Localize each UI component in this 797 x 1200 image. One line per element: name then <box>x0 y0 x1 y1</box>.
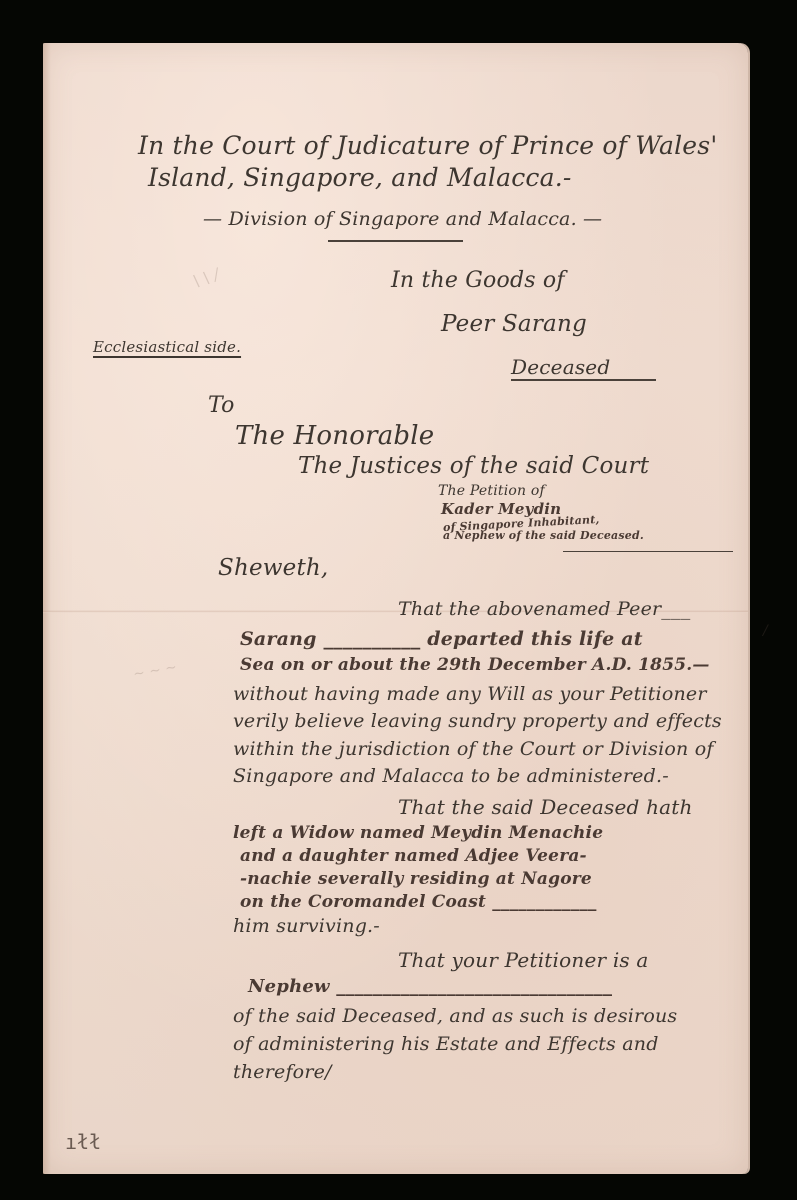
petition-of-label: The Petition of <box>438 483 545 499</box>
deceased-name: Peer Sarang <box>441 311 587 337</box>
body-line: without having made any Will as your Pet… <box>233 683 707 705</box>
body-line: therefore/ <box>233 1061 332 1083</box>
division-heading: — Division of Singapore and Malacca. — <box>203 208 602 230</box>
body-line: That the said Deceased hath <box>398 795 693 819</box>
body-line: verily believe leaving sundry property a… <box>233 710 722 732</box>
bleed-through-mark: \ \ / <box>191 264 222 290</box>
the-honorable: The Honorable <box>235 421 434 451</box>
body-line: That your Petitioner is a <box>398 948 649 972</box>
deceased-underline <box>511 379 656 381</box>
body-line: Sea on or about the 29th December A.D. 1… <box>240 655 710 675</box>
body-line: Sarang __________ departed this life at <box>240 628 643 650</box>
deceased-status: Deceased <box>511 355 610 379</box>
in-the-goods-of: In the Goods of <box>391 268 565 293</box>
body-line: Nephew ______________________________ <box>248 976 612 997</box>
body-line: and a daughter named Adjee Veera- <box>240 846 587 866</box>
body-line: of administering his Estate and Effects … <box>233 1033 659 1055</box>
body-line: -nachie severally residing at Nagore <box>240 869 592 889</box>
edge-stain <box>43 43 51 1174</box>
ecclesiastical-side-label: Ecclesiastical side. <box>93 338 241 356</box>
heading-rule <box>328 240 463 242</box>
corner-pencil-mark: ıłł <box>65 1130 101 1154</box>
heading-line-1: In the Court of Judicature of Prince of … <box>138 131 717 160</box>
body-line: on the Coromandel Coast ____________ <box>240 892 597 912</box>
petitioner-relation: a Nephew of the said Deceased. <box>443 529 644 542</box>
body-line: within the jurisdiction of the Court or … <box>233 738 714 760</box>
sheweth: Sheweth, <box>218 555 328 581</box>
manuscript-page: \ \ / ~ ~ ~ / In the Court of Judicature… <box>43 43 748 1174</box>
the-justices: The Justices of the said Court <box>298 453 649 479</box>
petitioner-rule <box>563 551 733 552</box>
body-line: him surviving.- <box>233 915 380 937</box>
body-line: left a Widow named Meydin Menachie <box>233 823 603 843</box>
body-line: of the said Deceased, and as such is des… <box>233 1005 677 1027</box>
to-label: To <box>208 393 235 418</box>
bleed-through-mark: ~ ~ ~ <box>132 659 178 682</box>
body-line: Singapore and Malacca to be administered… <box>233 765 669 787</box>
body-line: That the abovenamed Peer___ <box>398 598 690 620</box>
heading-line-2: Island, Singapore, and Malacca.- <box>148 163 572 192</box>
bleed-through-mark: / <box>763 623 768 639</box>
